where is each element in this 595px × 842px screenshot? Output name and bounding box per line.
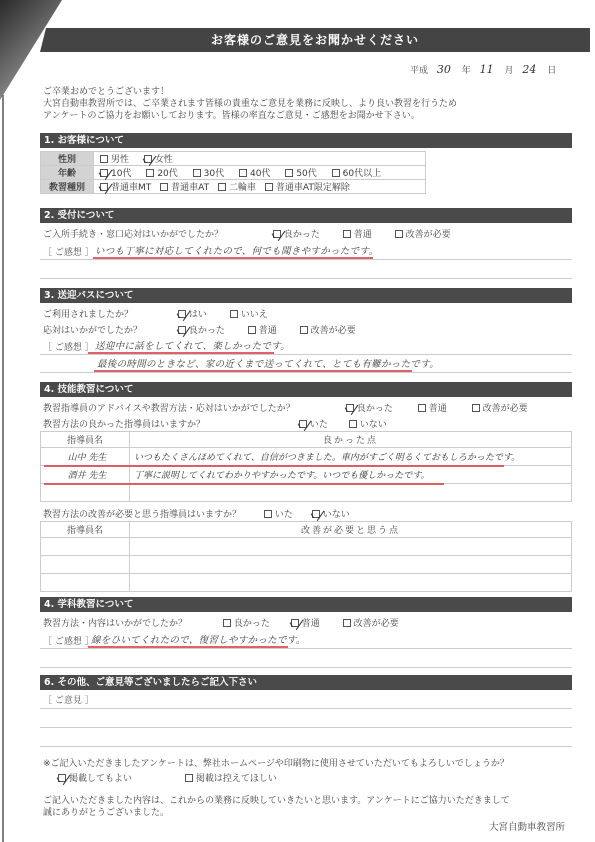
column-header: 良かった点 xyxy=(130,432,572,448)
option-label: 良かった xyxy=(357,404,393,414)
option-label: 普通車AT xyxy=(171,183,209,193)
option-label: 20代 xyxy=(157,169,177,179)
reception-comment[interactable]: いつも丁寧に対応してくれたので、何でも聞きやすかったです。 xyxy=(95,243,378,257)
option-label: いない xyxy=(360,420,387,430)
comment-label: ［ ご感想 ］ xyxy=(43,340,94,353)
thanks-line: 誠にありがとうございました。 xyxy=(43,807,510,819)
option-yes[interactable]: いた xyxy=(299,417,328,430)
checkbox-icon[interactable] xyxy=(300,326,308,334)
classroom-comment[interactable]: 線をひいてくれたので、復習しやすかったです。 xyxy=(91,632,306,646)
date-era: 平成 xyxy=(410,66,428,76)
option-label: 良かった xyxy=(234,619,270,629)
option-50s[interactable]: 50代 xyxy=(285,166,316,179)
option-good[interactable]: 良かった xyxy=(273,227,320,240)
option-label: いいえ xyxy=(241,310,268,320)
table-row: 山中 先生 いつもたくさんほめてくれて、自信がつきました。車内がすごく明るくてお… xyxy=(41,448,572,466)
question-text: ご入所手続き・窓口応対はいかがでしたか？ xyxy=(43,227,270,240)
checkbox-icon[interactable] xyxy=(265,183,273,191)
comment-label: ［ ご感想 ］ xyxy=(43,634,94,647)
option-label: 良かった xyxy=(189,326,225,336)
section-heading-reception: 2. 受付について xyxy=(40,208,572,223)
checkbox-icon[interactable] xyxy=(223,619,231,627)
date-field: 平成 30 年 11 月 24 日 xyxy=(410,63,556,76)
option-label: 30代 xyxy=(204,169,224,179)
checkbox-icon[interactable] xyxy=(343,619,351,627)
checkbox-checked-icon[interactable] xyxy=(100,183,108,191)
table-row xyxy=(41,574,572,592)
permission-question: ※ご記入いただきましたアンケートは、弊社ホームページや印刷物に使用させていただい… xyxy=(43,758,509,770)
table-row-course: 教習種別 普通車MT 普通車AT 二輪車 普通車AT限定解除 xyxy=(41,180,426,194)
option-female[interactable]: 女性 xyxy=(144,152,173,165)
bus-service-row: 応対はいかがでしたか？ 良かった 普通 改善が必要 xyxy=(43,323,368,336)
table-row xyxy=(41,556,572,574)
date-day-label: 日 xyxy=(547,66,556,76)
checkbox-checked-icon[interactable] xyxy=(178,326,186,334)
comment-line xyxy=(40,372,572,373)
question-text: 応対はいかがでしたか？ xyxy=(43,323,175,336)
table-row xyxy=(41,538,572,556)
comment-line xyxy=(40,278,572,279)
checkbox-checked-icon[interactable] xyxy=(58,774,66,782)
school-signature: 大宮自動車教習所 xyxy=(489,819,565,833)
checkbox-checked-icon[interactable] xyxy=(178,310,186,318)
section-heading-classroom-training: 4. 学科教習について xyxy=(40,597,572,612)
customer-info-table: 性別 男性 女性 年齢 10代 20代 30代 40代 50代 60代以上 教習… xyxy=(40,151,426,194)
option-60s-plus[interactable]: 60代以上 xyxy=(332,166,381,179)
option-label: 良かった xyxy=(284,230,320,240)
column-header: 指導員名 xyxy=(41,432,130,448)
option-needs-improvement[interactable]: 改善が必要 xyxy=(300,323,356,336)
bus-usage-row: ご利用されましたか？ はい いいえ xyxy=(43,307,280,320)
instructor-name[interactable] xyxy=(41,484,130,502)
bus-comment-line-1[interactable]: 送迎中に話をしてくれて、楽しかったです。 xyxy=(95,338,290,352)
checkbox-icon[interactable] xyxy=(418,404,426,412)
gender-options: 男性 女性 xyxy=(94,152,426,166)
option-label: いない xyxy=(323,510,350,520)
good-point[interactable]: 丁寧に説明してくれてわかりやすかったです。いつでも優しかったです。 xyxy=(130,466,572,484)
checkbox-icon[interactable] xyxy=(395,230,403,238)
comment-line xyxy=(40,648,572,649)
option-no[interactable]: いいえ xyxy=(230,307,268,320)
option-label: 普通 xyxy=(354,230,372,240)
scan-left-edge xyxy=(2,95,4,842)
section-heading-other-comments: 6. その他、ご意見等ございましたらご記入下さい xyxy=(40,675,572,690)
intro-text: ご卒業おめでとうございます！ 大宮自動車教習所では、ご卒業されます皆様の貴重なご… xyxy=(43,86,563,122)
handwritten-underline xyxy=(44,465,504,467)
option-normal[interactable]: 普通 xyxy=(343,227,372,240)
option-label: 普通車MT xyxy=(111,183,151,193)
option-mt[interactable]: 普通車MT xyxy=(100,180,151,193)
option-label: 10代 xyxy=(111,169,131,179)
date-year-value[interactable]: 30 xyxy=(437,63,451,76)
intro-line: アンケートのご協力をお願いしております。皆様の率直なご意見・ご感想をお聞かせ下さ… xyxy=(43,110,563,122)
good-instructor-row: 教習方法の良かった指導員はいますか？ いた いない xyxy=(43,417,399,430)
option-10s[interactable]: 10代 xyxy=(100,166,131,179)
option-label: 改善が必要 xyxy=(406,230,451,240)
column-header: 指導員名 xyxy=(41,522,130,538)
checkbox-icon[interactable] xyxy=(285,169,293,177)
checkbox-icon[interactable] xyxy=(185,774,193,782)
checkbox-icon[interactable] xyxy=(248,326,256,334)
option-label: 改善が必要 xyxy=(311,326,356,336)
option-label: 60代以上 xyxy=(343,169,381,179)
comment-label: ［ ご意見 ］ xyxy=(43,693,94,706)
checkbox-checked-icon[interactable] xyxy=(273,230,281,238)
good-point[interactable] xyxy=(130,484,572,502)
option-20s[interactable]: 20代 xyxy=(146,166,177,179)
improve-instructor-table: 指導員名 改善が必要と思う点 xyxy=(40,521,572,592)
table-header-row: 指導員名 改善が必要と思う点 xyxy=(41,522,572,538)
checkbox-icon[interactable] xyxy=(332,169,340,177)
option-allow-publish[interactable]: 掲載してもよい xyxy=(58,771,132,784)
checkbox-icon[interactable] xyxy=(218,183,226,191)
row-label: 性別 xyxy=(41,152,94,166)
table-row xyxy=(41,484,572,502)
option-40s[interactable]: 40代 xyxy=(239,166,270,179)
improve-instructor-row: 教習方法の改善が必要と思う指導員はいますか？ いた いない xyxy=(43,507,362,520)
table-header-row: 指導員名 良かった点 xyxy=(41,432,572,448)
section-heading-practical-training: 4. 技能教習について xyxy=(40,382,572,397)
age-options: 10代 20代 30代 40代 50代 60代以上 xyxy=(94,166,426,180)
checkbox-checked-icon[interactable] xyxy=(312,510,320,518)
reception-question-row: ご入所手続き・窓口応対はいかがでしたか？ 良かった 普通 改善が必要 xyxy=(43,227,463,240)
comment-line[interactable] xyxy=(40,708,572,709)
question-text: 教習方法の改善が必要と思う指導員はいますか？ xyxy=(43,507,261,520)
option-no[interactable]: いない xyxy=(349,417,387,430)
option-at[interactable]: 普通車AT xyxy=(160,180,209,193)
option-normal[interactable]: 普通 xyxy=(291,616,320,629)
option-label: はい xyxy=(189,310,207,320)
option-30s[interactable]: 30代 xyxy=(193,166,224,179)
checkbox-checked-icon[interactable] xyxy=(346,404,354,412)
option-male[interactable]: 男性 xyxy=(100,152,129,165)
date-day-value[interactable]: 24 xyxy=(522,63,536,76)
comment-line[interactable] xyxy=(40,727,572,728)
option-label: 改善が必要 xyxy=(483,404,528,414)
table-row-gender: 性別 男性 女性 xyxy=(41,152,426,166)
table-row: 酒井 先生 丁寧に説明してくれてわかりやすかったです。いつでも優しかったです。 xyxy=(41,466,572,484)
option-label: 50代 xyxy=(296,169,316,179)
date-year-label: 年 xyxy=(462,66,471,76)
intro-line: ご卒業おめでとうございます！ xyxy=(43,86,563,98)
checkbox-checked-icon[interactable] xyxy=(291,619,299,627)
comment-line xyxy=(40,667,572,668)
question-text: 教習方法・内容はいかがでしたか？ xyxy=(43,616,220,629)
course-options: 普通車MT 普通車AT 二輪車 普通車AT限定解除 xyxy=(94,180,426,194)
thanks-message: ご記入いただきました内容は、これからの業務に反映していきたいと思います。アンケー… xyxy=(43,795,510,819)
option-needs-improvement[interactable]: 改善が必要 xyxy=(343,616,399,629)
option-decline-publish[interactable]: 掲載は控えてほしい xyxy=(185,771,277,784)
question-text: ご利用されましたか？ xyxy=(43,307,175,320)
checkbox-icon[interactable] xyxy=(230,310,238,318)
table-row-age: 年齢 10代 20代 30代 40代 50代 60代以上 xyxy=(41,166,426,180)
handwritten-underline xyxy=(44,483,444,485)
option-at-limit-removal[interactable]: 普通車AT限定解除 xyxy=(265,180,350,193)
section-heading-customer: 1. お客様について xyxy=(40,133,572,148)
option-needs-improvement[interactable]: 改善が必要 xyxy=(395,227,451,240)
checkbox-icon[interactable] xyxy=(160,183,168,191)
instructor-name[interactable]: 山中 先生 xyxy=(41,448,130,466)
comment-line xyxy=(40,259,572,260)
checkbox-icon[interactable] xyxy=(146,169,154,177)
question-text: 教習指導員のアドバイスや教習方法・応対はいかがでしたか？ xyxy=(43,401,343,414)
checkbox-checked-icon[interactable] xyxy=(100,169,108,177)
thanks-line: ご記入いただきました内容は、これからの業務に反映していきたいと思います。アンケー… xyxy=(43,795,510,807)
checkbox-icon[interactable] xyxy=(239,169,247,177)
question-text: 教習方法の良かった指導員はいますか？ xyxy=(43,417,296,430)
improve-point[interactable] xyxy=(130,556,572,574)
comment-line[interactable] xyxy=(40,746,572,747)
checkbox-icon[interactable] xyxy=(264,510,272,518)
date-month-label: 月 xyxy=(505,66,514,76)
checkbox-checked-icon[interactable] xyxy=(144,155,152,163)
section-heading-shuttle-bus: 3. 送迎バスについて xyxy=(40,288,572,303)
option-normal[interactable]: 普通 xyxy=(248,323,277,336)
checkbox-icon[interactable] xyxy=(472,404,480,412)
option-label: 女性 xyxy=(155,155,173,165)
option-no[interactable]: いない xyxy=(312,507,350,520)
option-good[interactable]: 良かった xyxy=(346,401,393,414)
checkbox-icon[interactable] xyxy=(349,420,357,428)
option-label: いた xyxy=(310,420,328,430)
option-good[interactable]: 良かった xyxy=(223,616,270,629)
improve-point[interactable] xyxy=(130,574,572,592)
instructor-name[interactable] xyxy=(41,574,130,592)
document-title: お客様のご意見をお聞かせください xyxy=(40,28,590,52)
good-point[interactable]: いつもたくさんほめてくれて、自信がつきました。車内がすごく明るくておもしろかった… xyxy=(130,448,572,466)
instructor-name[interactable] xyxy=(41,538,130,556)
checkbox-checked-icon[interactable] xyxy=(299,420,307,428)
option-label: 普通 xyxy=(429,404,447,414)
comment-line xyxy=(40,354,572,355)
instructor-name[interactable]: 酒井 先生 xyxy=(41,466,130,484)
option-label: 普通車AT限定解除 xyxy=(276,183,350,193)
instructor-evaluation-row: 教習指導員のアドバイスや教習方法・応対はいかがでしたか？ 良かった 普通 改善が… xyxy=(43,401,540,414)
checkbox-icon[interactable] xyxy=(193,169,201,177)
option-motorcycle[interactable]: 二輪車 xyxy=(218,180,256,193)
row-label: 教習種別 xyxy=(41,180,94,194)
option-label: 40代 xyxy=(250,169,270,179)
option-label: 男性 xyxy=(111,155,129,165)
good-instructor-table: 指導員名 良かった点 山中 先生 いつもたくさんほめてくれて、自信がつきました。… xyxy=(40,431,572,502)
row-label: 年齢 xyxy=(41,166,94,180)
option-label: 二輪車 xyxy=(229,183,256,193)
option-label: 掲載は控えてほしい xyxy=(196,774,277,784)
checkbox-icon[interactable] xyxy=(100,155,108,163)
option-yes[interactable]: はい xyxy=(178,307,207,320)
date-month-value[interactable]: 11 xyxy=(480,63,494,76)
intro-line: 大宮自動車教習所では、ご卒業されます皆様の貴重なご意見を業務に反映し、より良い教… xyxy=(43,98,563,110)
improve-point[interactable] xyxy=(130,538,572,556)
option-label: いた xyxy=(275,510,293,520)
option-label: 掲載してもよい xyxy=(69,774,132,784)
bus-comment-line-2[interactable]: 最後の時間のときなど、家の近くまで送ってくれて、とても有難かったです。 xyxy=(97,356,439,370)
column-header: 改善が必要と思う点 xyxy=(130,522,572,538)
option-normal[interactable]: 普通 xyxy=(418,401,447,414)
checkbox-icon[interactable] xyxy=(343,230,351,238)
option-yes[interactable]: いた xyxy=(264,507,293,520)
option-good[interactable]: 良かった xyxy=(178,323,225,336)
permission-options: 掲載してもよい 掲載は控えてほしい xyxy=(58,771,289,784)
option-needs-improvement[interactable]: 改善が必要 xyxy=(472,401,528,414)
option-label: 普通 xyxy=(259,326,277,336)
instructor-name[interactable] xyxy=(41,556,130,574)
classroom-question-row: 教習方法・内容はいかがでしたか？ 良かった 普通 改善が必要 xyxy=(43,616,411,629)
option-label: 改善が必要 xyxy=(354,619,399,629)
comment-label: ［ ご感想 ］ xyxy=(43,245,94,258)
option-label: 普通 xyxy=(302,619,320,629)
